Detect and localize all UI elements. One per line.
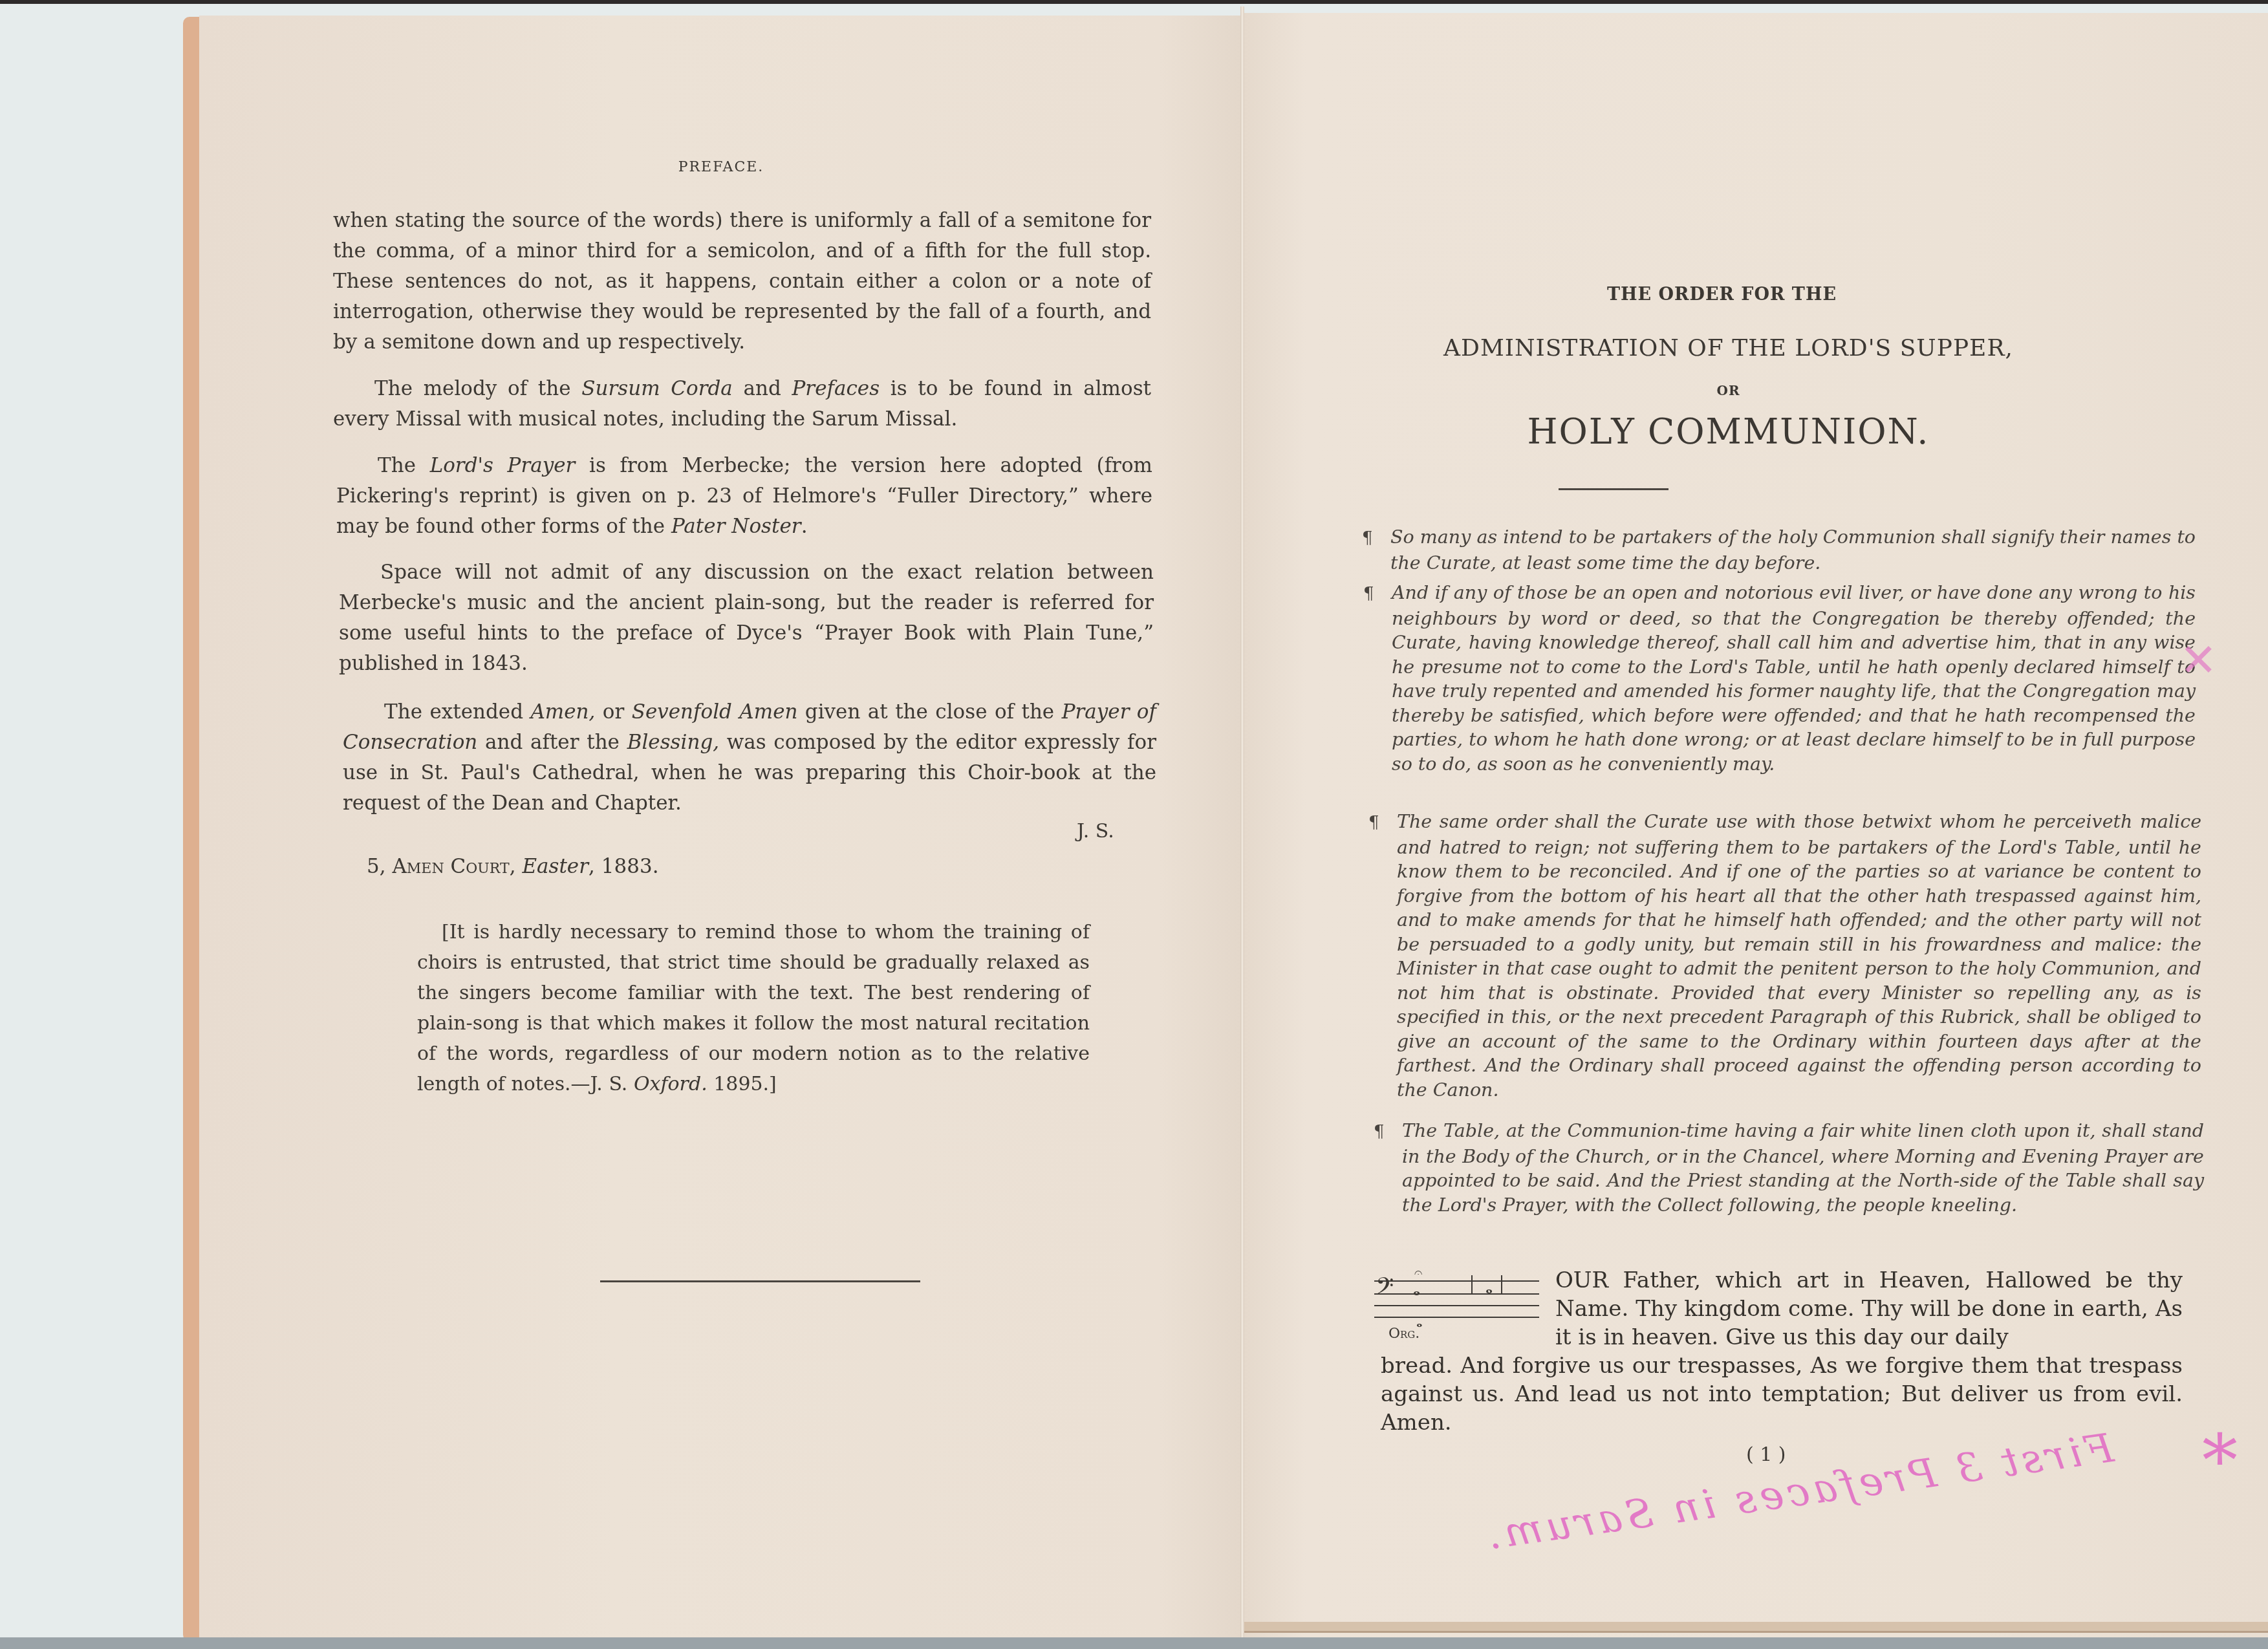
whole-note-icon: 𝅝 xyxy=(1413,1280,1420,1299)
italic-term: Sevenfold Amen xyxy=(632,700,798,724)
rubric-4: ¶The Table, at the Communion-time having… xyxy=(1374,1119,2204,1217)
staff-line xyxy=(1374,1280,1539,1282)
organ-label: Org. xyxy=(1388,1326,1420,1342)
whole-note-icon: 𝅝 xyxy=(1485,1277,1493,1299)
italic-term: Prefaces xyxy=(792,377,880,400)
text: or xyxy=(595,700,631,724)
title-rule xyxy=(1559,488,1669,490)
lords-prayer-opening: OUR Father, which art in Heaven, Hallowe… xyxy=(1555,1266,2183,1352)
text: and xyxy=(733,377,792,400)
text: . xyxy=(801,515,808,538)
music-incipit: 𝄢 𝅝 𝄐 𝅝 𝅝 Org. xyxy=(1374,1267,1542,1345)
rubric-text: And if any of those be an open and notor… xyxy=(1392,582,2196,775)
text: Oxford. xyxy=(634,1073,707,1095)
rubric-text: The same order shall the Curate use with… xyxy=(1397,811,2201,1101)
preface-paragraph-1: when stating the source of the words) th… xyxy=(333,206,1151,358)
rubric-text: So many as intend to be partakers of the… xyxy=(1390,526,2196,574)
preface-paragraph-4: Space will not admit of any discussion o… xyxy=(339,557,1154,679)
rubric-3: ¶The same order shall the Curate use wit… xyxy=(1368,810,2201,1102)
text: and after the xyxy=(477,731,627,754)
rubric-2: ¶And if any of those be an open and noto… xyxy=(1363,581,2196,776)
fermata-icon: 𝄐 xyxy=(1414,1265,1422,1281)
text: Space will not admit of any discussion o… xyxy=(339,561,1154,675)
paragraph-text: when stating the source of the words) th… xyxy=(333,209,1151,354)
page-bottom-edge xyxy=(1244,1622,2268,1633)
pilcrow-icon: ¶ xyxy=(1362,526,1390,551)
text: 5, xyxy=(367,855,392,878)
staff-line xyxy=(1374,1317,1539,1318)
scan-top-edge xyxy=(0,0,2268,4)
pilcrow-icon: ¶ xyxy=(1374,1120,1402,1145)
text: , 1883. xyxy=(589,855,658,878)
book-cover-edge xyxy=(183,17,201,1641)
pilcrow-icon: ¶ xyxy=(1363,582,1392,607)
staff-line xyxy=(1374,1305,1539,1306)
italic-term: Amen, xyxy=(530,700,595,724)
preface-paragraph-3: The Lord's Prayer is from Merbecke; the … xyxy=(336,451,1152,542)
preface-paragraph-2: The melody of the Sursum Corda and Prefa… xyxy=(333,374,1151,435)
margin-x-mark: ✕ xyxy=(2179,634,2218,687)
italic-term: Blessing, xyxy=(627,731,719,754)
text: 1895.] xyxy=(707,1073,777,1095)
preface-paragraph-5: The extended Amen, or Sevenfold Amen giv… xyxy=(343,697,1156,819)
page-number: ( 1 ) xyxy=(1746,1443,1786,1466)
title-line-1: THE ORDER FOR THE xyxy=(1552,285,1892,305)
text: , xyxy=(510,855,523,878)
scan-bottom-edge xyxy=(0,1637,2268,1649)
annotation-asterisk: * xyxy=(2202,1419,2238,1502)
signature: J. S. xyxy=(1077,820,1114,843)
text: The melody of the xyxy=(374,377,581,400)
editorial-note: [It is hardly necessary to remind those … xyxy=(417,917,1090,1099)
running-head: PREFACE. xyxy=(199,159,1243,175)
barline xyxy=(1471,1275,1473,1295)
lords-prayer-continued: bread. And forgive us our trespasses, As… xyxy=(1381,1352,2183,1437)
title-or: OR xyxy=(1423,383,2034,398)
italic-term: Lord's Prayer xyxy=(430,454,576,477)
italic-term: Sursum Corda xyxy=(581,377,733,400)
section-divider-rule xyxy=(600,1280,920,1282)
text: [It is hardly necessary to remind those … xyxy=(417,921,1090,1095)
book-gutter xyxy=(1240,6,1244,1643)
barline xyxy=(1501,1275,1502,1295)
pilcrow-icon: ¶ xyxy=(1368,811,1397,835)
text: The extended xyxy=(384,700,530,724)
italic-term: Pater Noster xyxy=(671,515,801,538)
c-clef-icon: 𝄢 xyxy=(1376,1275,1394,1304)
staff-line xyxy=(1374,1293,1539,1295)
rubric-text: The Table, at the Communion-time having … xyxy=(1402,1120,2204,1216)
title-line-2: ADMINISTRATION OF THE LORD'S SUPPER, xyxy=(1423,335,2034,361)
text: Amen Court xyxy=(392,855,509,878)
rubric-1: ¶So many as intend to be partakers of th… xyxy=(1362,525,2196,575)
page-title: HOLY COMMUNION. xyxy=(1423,411,2034,452)
text: given at the close of the xyxy=(797,700,1061,724)
text: Easter xyxy=(522,855,589,878)
address-dateline: 5, Amen Court, Easter, 1883. xyxy=(367,855,659,878)
text: The xyxy=(378,454,430,477)
